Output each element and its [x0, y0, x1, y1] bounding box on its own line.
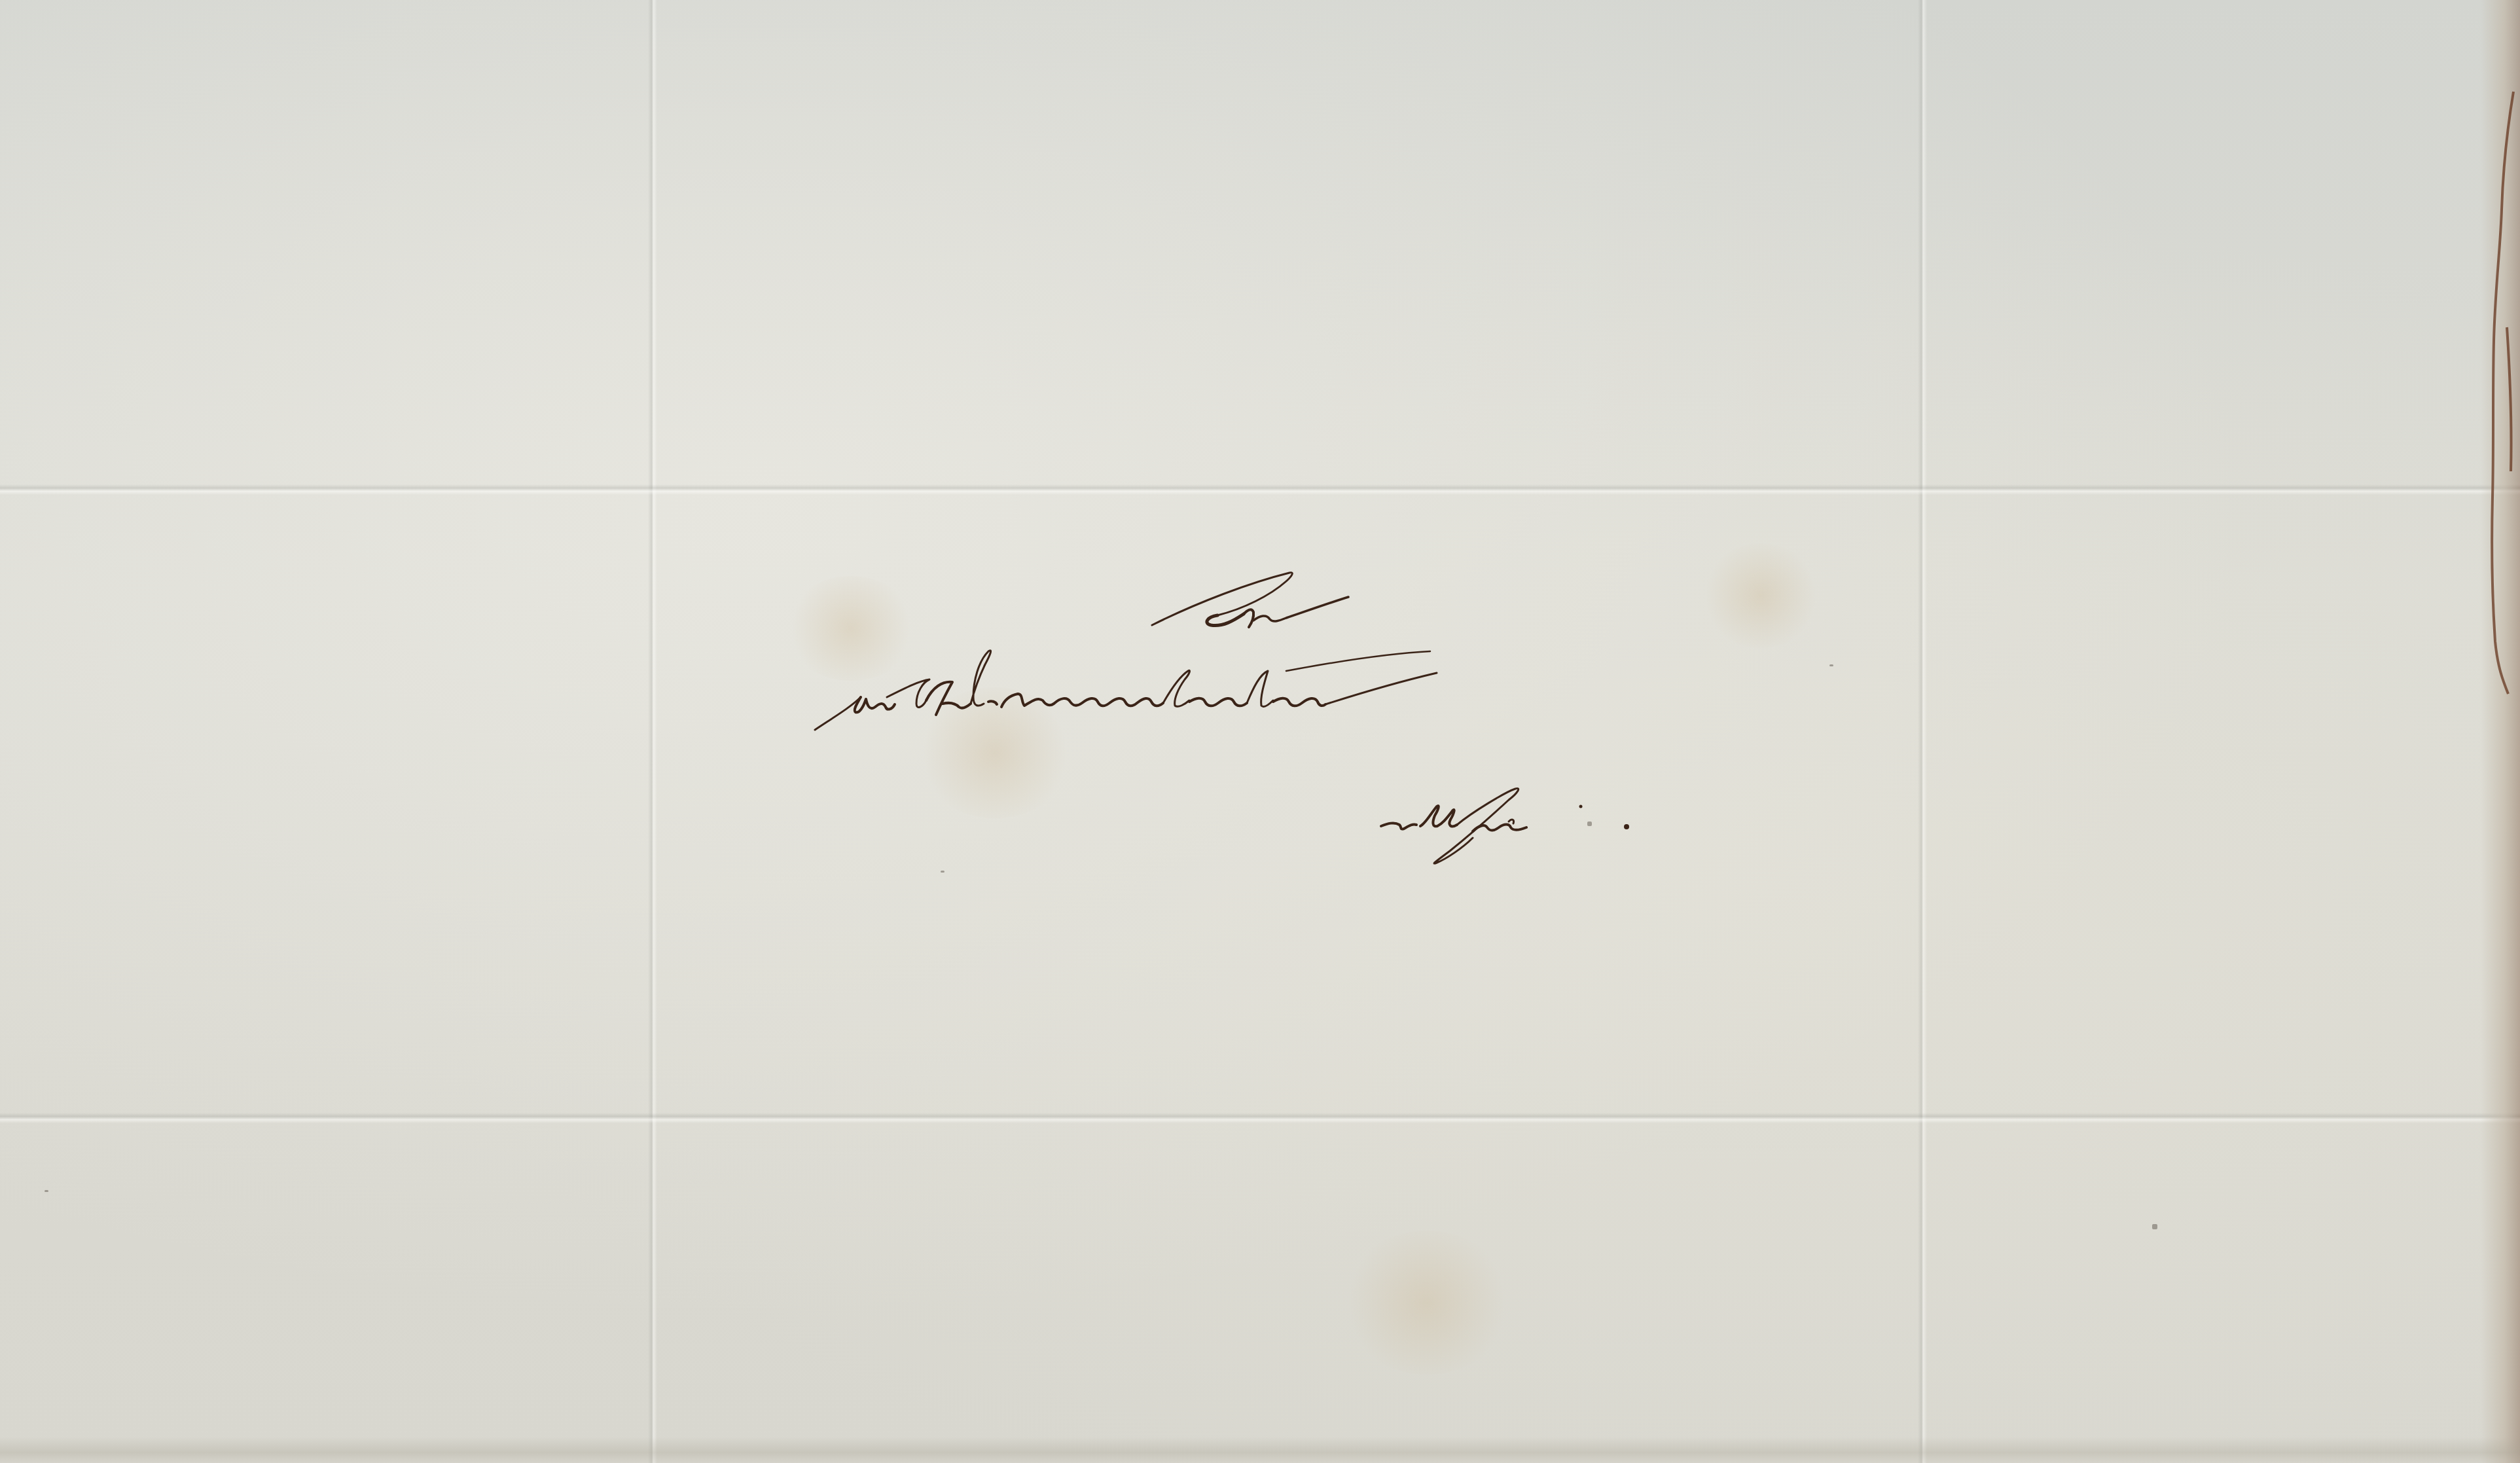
- paper-edge-right: [2481, 0, 2520, 1463]
- fold-line-horizontal-bottom: [0, 1113, 2520, 1123]
- fold-line-vertical-right: [1918, 0, 1927, 1463]
- paper-stain: [1342, 1231, 1512, 1375]
- paper-speck: [45, 1190, 48, 1192]
- paper-speck: [2152, 1224, 2157, 1229]
- fold-line-horizontal-top: [0, 484, 2520, 495]
- paper-edge-bottom: [0, 1437, 2520, 1463]
- handwriting-line-allhier: [1375, 786, 1636, 871]
- paper-speck: [941, 871, 945, 873]
- fold-line-vertical-left: [648, 0, 657, 1463]
- paper-stain: [1702, 543, 1820, 648]
- paper-stain: [916, 687, 1073, 818]
- document-scan: An die Stadtcommandantur allhier.: [0, 0, 2520, 1463]
- paper-speck: [1587, 822, 1592, 826]
- paper-stain: [785, 576, 916, 681]
- handwriting-line-stadtcommandantur: [802, 641, 1535, 753]
- paper-speck: [1829, 664, 1833, 666]
- handwriting-line-an: [1145, 550, 1361, 635]
